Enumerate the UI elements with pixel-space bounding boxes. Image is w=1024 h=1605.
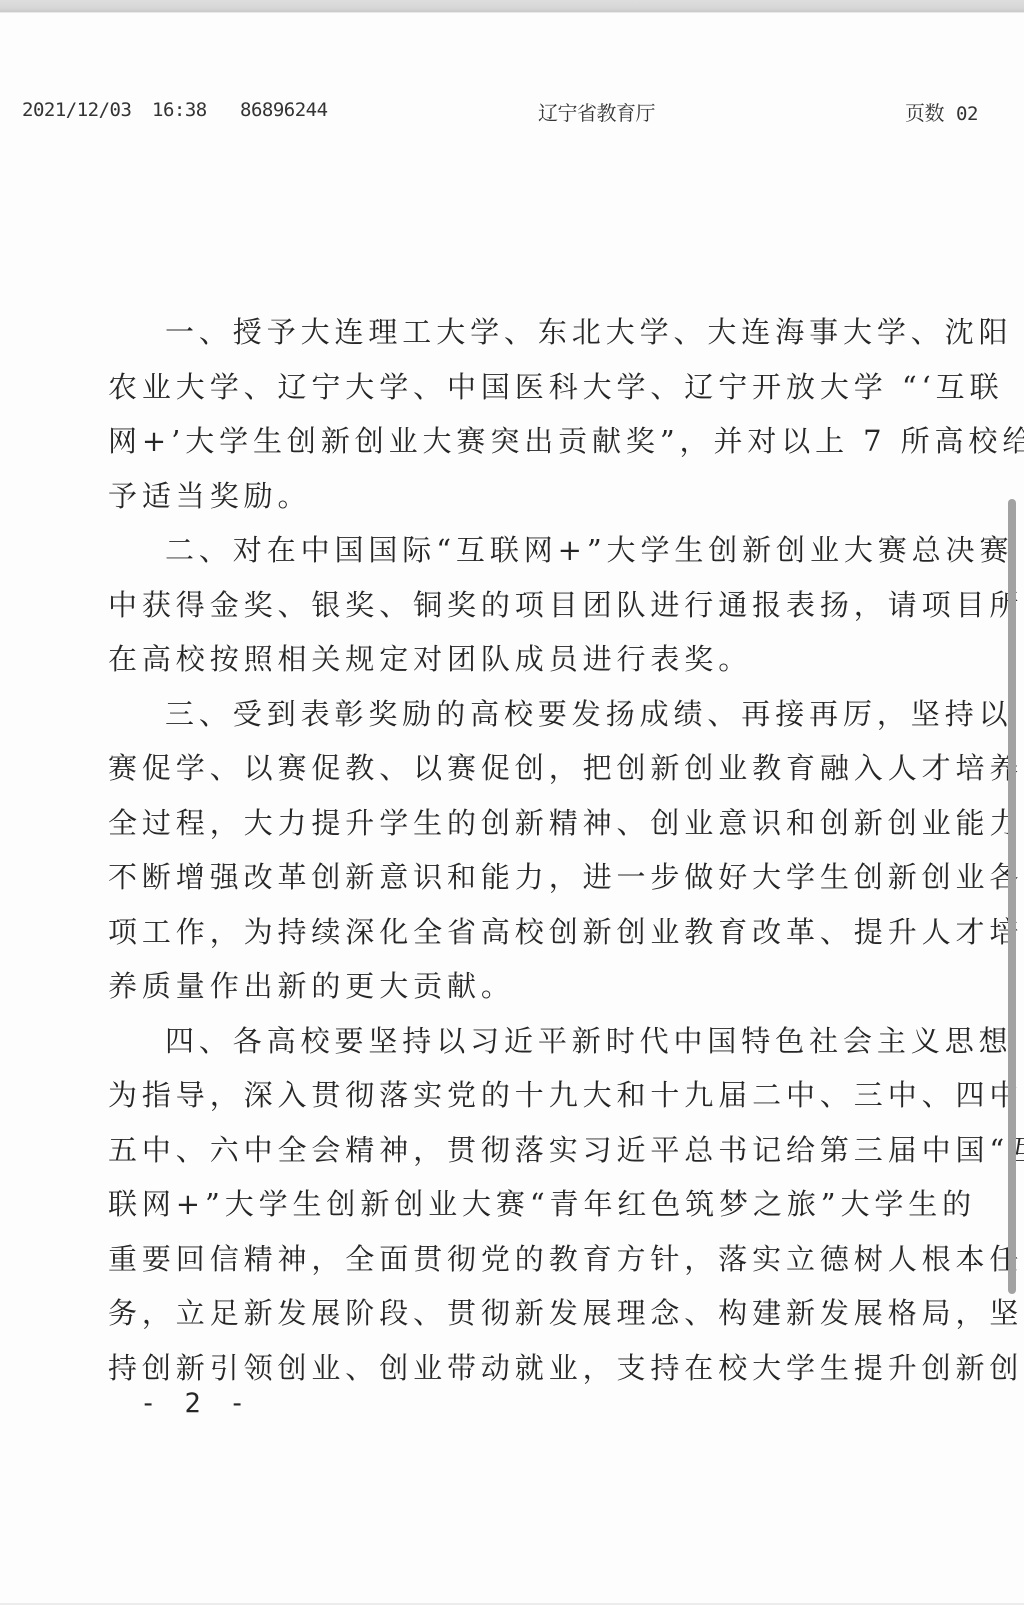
text-line: 为指导，深入贯彻落实党的十九大和十九届二中、三中、四中、 [108,1068,920,1123]
paragraph-section-1: 一、授予大连理工大学、东北大学、大连海事大学、沈阳 农业大学、辽宁大学、中国医科… [108,305,920,523]
page-count-value: 02 [956,103,978,125]
fax-time: 16:38 [152,99,207,121]
text-line: 不断增强改革创新意识和能力，进一步做好大学生创新创业各 [108,850,920,905]
paragraph-section-2: 二、对在中国国际“互联网+”大学生创新创业大赛总决赛 中获得金奖、银奖、铜奖的项… [108,523,920,687]
text-line: 赛促学、以赛促教、以赛促创，把创新创业教育融入人才培养 [108,741,920,796]
window-top-bar [0,0,1024,13]
page-footer-number: - 2 - [140,1388,251,1419]
fax-sender: 辽宁省教育厅 [538,97,655,126]
paragraph-section-3: 三、受到表彰奖励的高校要发扬成绩、再接再厉，坚持以 赛促学、以赛促教、以赛促创，… [108,687,920,1014]
text-line: 项工作，为持续深化全省高校创新创业教育改革、提升人才培 [108,905,920,960]
text-line: 中获得金奖、银奖、铜奖的项目团队进行通报表扬，请项目所 [108,578,920,633]
text-line: 重要回信精神，全面贯彻党的教育方针，落实立德树人根本任 [108,1232,920,1287]
text-line: 联网+”大学生创新创业大赛“青年红色筑梦之旅”大学生的 [108,1177,920,1232]
text-line: 养质量作出新的更大贡献。 [108,959,920,1014]
text-line: 农业大学、辽宁大学、中国医科大学、辽宁开放大学 “‘互联 [108,360,920,415]
text-line: 四、各高校要坚持以习近平新时代中国特色社会主义思想 [108,1014,920,1069]
fax-date: 2021/12/03 [22,99,131,121]
document-body: 一、授予大连理工大学、东北大学、大连海事大学、沈阳 农业大学、辽宁大学、中国医科… [108,305,920,1395]
text-line: 务，立足新发展阶段、贯彻新发展理念、构建新发展格局，坚 [108,1286,920,1341]
text-line: 五中、六中全会精神，贯彻落实习近平总书记给第三届中国“互 [108,1123,920,1178]
vertical-scrollbar[interactable] [1008,499,1016,1294]
text-line: 持创新引领创业、创业带动就业，支持在校大学生提升创新创 [108,1341,920,1396]
text-line: 网+’大学生创新创业大赛突出贡献奖”，并对以上 7 所高校给 [108,414,920,469]
text-line: 三、受到表彰奖励的高校要发扬成绩、再接再厉，坚持以 [108,687,920,742]
fax-document-page: 2021/12/03 16:38 86896244 辽宁省教育厅 页数02 一、… [0,13,1024,1603]
paragraph-section-4: 四、各高校要坚持以习近平新时代中国特色社会主义思想 为指导，深入贯彻落实党的十九… [108,1014,920,1396]
page-count-label: 页数 [905,101,944,125]
text-line: 全过程，大力提升学生的创新精神、创业意识和创新创业能力， [108,796,920,851]
text-line: 二、对在中国国际“互联网+”大学生创新创业大赛总决赛 [108,523,920,578]
text-line: 一、授予大连理工大学、东北大学、大连海事大学、沈阳 [108,305,920,360]
fax-number: 86896244 [240,99,328,121]
fax-header: 2021/12/03 16:38 86896244 辽宁省教育厅 页数02 [0,99,1024,129]
text-line: 在高校按照相关规定对团队成员进行表奖。 [108,632,920,687]
text-line: 予适当奖励。 [108,469,920,524]
fax-page-count: 页数02 [905,97,978,126]
